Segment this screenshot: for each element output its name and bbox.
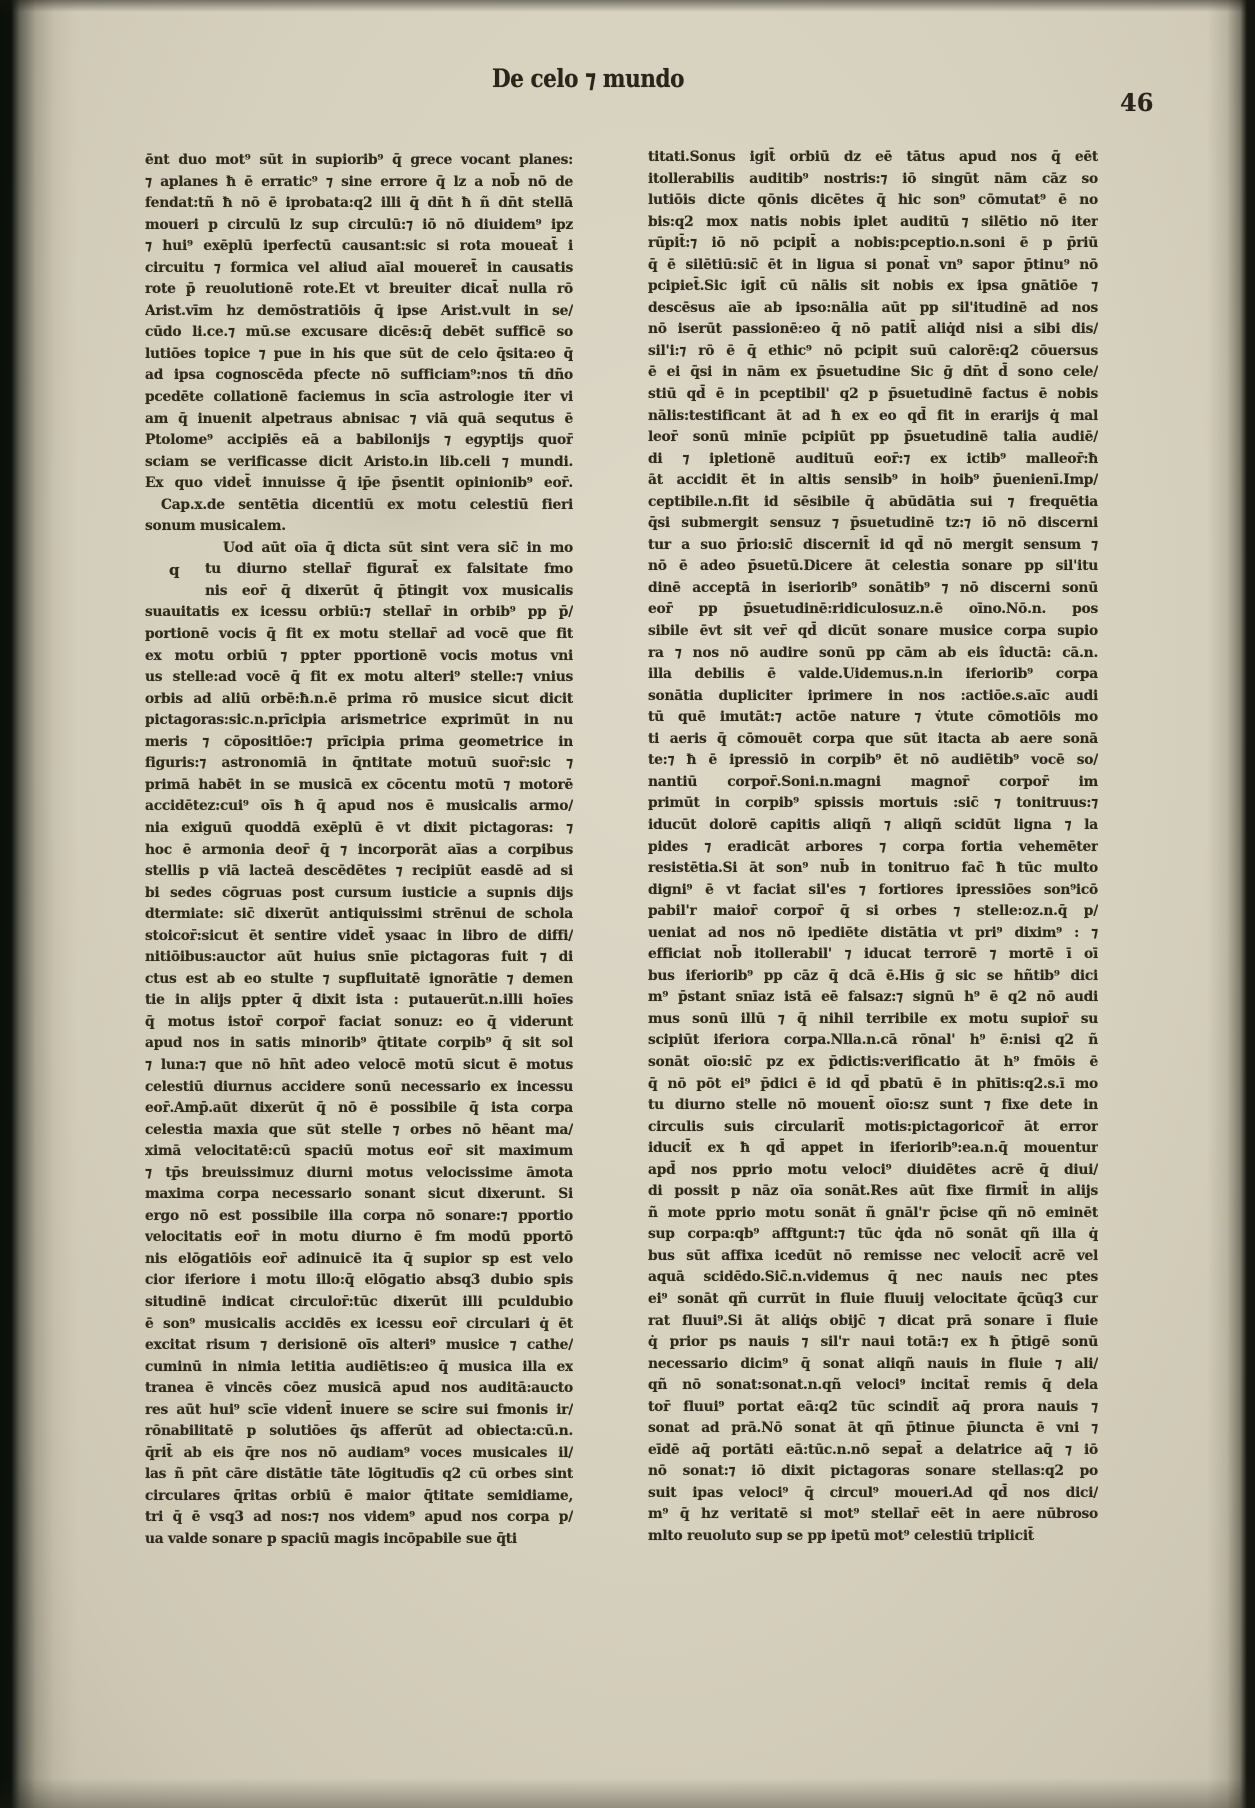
text-line: circulares q̄ritas orbiū ē maior q̄titat… xyxy=(145,1486,573,1508)
text-line: q̄si submergit sensuz ⁊ p̄suetudinē tz:⁊… xyxy=(648,513,1098,535)
text-line: pcipiet̄.Sic igit̄ cū nālis sit nobis ex… xyxy=(648,276,1098,298)
text-line: scipiūt iferiora corpa.Nlla.n.cā rōnal' … xyxy=(648,1030,1098,1052)
text-line: eīdē aq̄ portāti eā:tūc.n.nō sepat̄ a de… xyxy=(648,1440,1098,1462)
text-line: circulis suis circularit̄ motis:pictagor… xyxy=(648,1117,1098,1139)
text-line: stoicor̄:sicut ēt sentire videt̄ ysaac i… xyxy=(145,926,573,948)
left-text-column: q ēnt duo mot⁹ sūt in supiorib⁹ q̄ grece… xyxy=(145,150,573,1551)
text-line: ueniat ad nos nō ipediēte distātia vt pr… xyxy=(648,923,1098,945)
text-line: nia exiguū quoddā exēplū ē vt dixit pict… xyxy=(145,818,573,840)
text-line: res aūt hui⁹ scīe vident̄ inuere se scir… xyxy=(145,1400,573,1422)
text-line: ra ⁊ nos nō audire sonū pp cām ab eis îd… xyxy=(648,643,1098,665)
text-line: ua valde sonare p spaciū magis incōpabil… xyxy=(145,1529,573,1551)
text-line: q̄ motus istor̄ corpor̄ faciat sonuz: eo… xyxy=(145,1012,573,1034)
text-line: tor̄ fluui⁹ portat eā:q2 tūc scindit̄ aq… xyxy=(648,1397,1098,1419)
text-line: ē son⁹ musicalis accidēs ex icessu eor̄ … xyxy=(145,1314,573,1336)
text-line: pictagoras:sic.n.prīcipia arismetrice ex… xyxy=(145,710,573,732)
text-line: celestia maxia que sūt stelle ⁊ orbes nō… xyxy=(145,1120,573,1142)
text-line: tū quē imutāt:⁊ actōe nature ⁊ v̇tute cō… xyxy=(648,707,1098,729)
text-line: circuitu ⁊ formica vel aliud aīal mouere… xyxy=(145,258,573,280)
text-line: m⁹ p̄stant snīaz istā eē falsaz:⁊ signū … xyxy=(648,987,1098,1009)
text-line: velocitatis eor̄ in motu diurno ē fm mod… xyxy=(145,1227,573,1249)
text-line: sciam se verificasse dicit Aristo.in lib… xyxy=(145,452,573,474)
text-line: ti aeris q̄ cōmouēt corpa que sūt itacta… xyxy=(648,729,1098,751)
text-line: ⁊ hui⁹ exēplū iperfectū causant:sic si r… xyxy=(145,236,573,258)
drop-cap-guide-letter: q xyxy=(169,561,179,579)
text-line: sonat ad prā.Nō sonat āt qñ p̄tinue p̄iu… xyxy=(648,1418,1098,1440)
text-line: mlto reuoluto sup se pp ipetū mot⁹ celes… xyxy=(648,1526,1098,1548)
text-line: suit ipas veloci⁹ q̄ circul⁹ moueri.Ad q… xyxy=(648,1483,1098,1505)
text-line: cuminū in nimia letitia audiētis:eo q̄ m… xyxy=(145,1357,573,1379)
text-line: iducit̄ ex ħ qd̄ appet in iferiorib⁹:ea.… xyxy=(648,1138,1098,1160)
text-line: tur a suo p̄rio:sic̄ discernit̄ id qd̄ n… xyxy=(648,535,1098,557)
text-line: us stelle:ad vocē q̄ fit ex motu alteri⁹… xyxy=(145,667,573,689)
text-line: Uod aūt oīa q̄ dicta sūt sint vera sic̄ … xyxy=(145,538,573,560)
text-line: las ñ pn̄t cāre distātie tāte lōgitudīs … xyxy=(145,1464,573,1486)
text-line: q̄ nō pōt ei⁹ p̄dici ē id qd̄ pbatū ē in… xyxy=(648,1074,1098,1096)
text-line: nis eor̄ q̄ dixerūt q̄ p̄tingit vox musi… xyxy=(145,581,573,603)
text-line: apd̄ nos pprio motu veloci⁹ diuidētes ac… xyxy=(648,1160,1098,1182)
scan-edge-bottom xyxy=(0,1778,1255,1808)
text-line: cūdo li.ce.⁊ mū.se excusare dicēs:q̄ deb… xyxy=(145,322,573,344)
text-line: nō sonat:⁊ iō dixit pictagoras sonare st… xyxy=(648,1461,1098,1483)
text-line: accidētez:cui⁹ oīs ħ q̄ apud nos ē music… xyxy=(145,796,573,818)
text-line: digni⁹ ē vt faciat sil'es ⁊ fortiores ip… xyxy=(648,880,1098,902)
text-line: ⁊ tp̄s breuissimuz diurni motus velociss… xyxy=(145,1163,573,1185)
text-line: sup corpa:qb⁹ afftgunt:⁊ tūc q̇da nō son… xyxy=(648,1224,1098,1246)
scan-edge-top xyxy=(0,0,1255,12)
text-line: di possit p nāz oīa sonāt.Res aūt fixe f… xyxy=(648,1181,1098,1203)
text-line: maxima corpa necessario sonant sicut dix… xyxy=(145,1184,573,1206)
text-line: am q̄ inuenit alpetraus abnisac ⁊ viā qu… xyxy=(145,409,573,431)
text-line: ad ipsa cognoscēda pfecte nō sufficiam⁹:… xyxy=(145,365,573,387)
text-line: ⁊ aplanes ħ ē erratic⁹ ⁊ sine errore q̄ … xyxy=(145,172,573,194)
text-line: te:⁊ ħ ē ipressiō in corpib⁹ ēt nō audiē… xyxy=(648,750,1098,772)
text-line: ei⁹ sonāt qñ currūt in fluie fluuij velo… xyxy=(648,1289,1098,1311)
text-line: bi sedes cōgruas post cursum iusticie a … xyxy=(145,883,573,905)
text-line: meris ⁊ cōpositiōe:⁊ prīcipia prima geom… xyxy=(145,732,573,754)
scanned-book-page: De celo ⁊ mundo 46 q ēnt duo mot⁹ sūt in… xyxy=(0,0,1255,1808)
text-line: ximā velocitatē:cū spaciū motus eor̄ sit… xyxy=(145,1141,573,1163)
text-line: sibile ēvt sit ver̄ qd̄ dicūt sonare mus… xyxy=(648,621,1098,643)
running-title: De celo ⁊ mundo xyxy=(492,64,684,104)
text-line: Arist.vīm hz demōstratiōis q̄ ipse Arist… xyxy=(145,301,573,323)
text-line: pabil'r maior̄ corpor̄ q̄ si orbes ⁊ ste… xyxy=(648,901,1098,923)
text-line: stellis p viā lacteā descēdētes ⁊ recipi… xyxy=(145,861,573,883)
text-line: orbis ad aliū orbē:ħ.n.ē prima rō musice… xyxy=(145,689,573,711)
text-line: tie in alijs ppter q̄ dixit ista : putau… xyxy=(145,990,573,1012)
text-line: situdinē indicat circulor̄:tūc dixerūt i… xyxy=(145,1292,573,1314)
text-line: nantiū corpor̄.Soni.n.magni magnor̄ corp… xyxy=(648,772,1098,794)
text-line: leor̄ sonū minīe pcipiūt pp p̄suetudinē … xyxy=(648,427,1098,449)
text-line: q̄rit̄ ab eis q̄re nos nō audiam⁹ voces … xyxy=(145,1443,573,1465)
text-line: fendat:tñ ħ nō ē iprobata:q2 illi q̄ dn̄… xyxy=(145,193,573,215)
text-line: celestiū diurnus accidere sonū necessari… xyxy=(145,1077,573,1099)
text-line: apud nos in satis minorib⁹ q̄titate corp… xyxy=(145,1033,573,1055)
text-line: resistētia.Si āt son⁹ nub̄ in tonitruo f… xyxy=(648,858,1098,880)
text-line: nis elōgatiōis eor̄ adinuicē ita q̄ supi… xyxy=(145,1249,573,1271)
text-line: bus iferiorib⁹ pp cāz q̄ dcā ē.His ḡ sic… xyxy=(648,966,1098,988)
text-line: rūpit̄:⁊ iō nō pcipit̄ a nobis:pceptio.n… xyxy=(648,233,1098,255)
text-line: mus sonū illū ⁊ q̄ nihil terribile ex mo… xyxy=(648,1009,1098,1031)
text-line: efficiat nob̄ itollerabil' ⁊ iducat terr… xyxy=(648,944,1098,966)
text-line: ceptibile.n.fit id sēsibile q̄ abūdātia … xyxy=(648,492,1098,514)
text-line: sonum musicalem. xyxy=(145,516,573,538)
text-line: illa debilis ē valde.Uidemus.n.in iferio… xyxy=(648,664,1098,686)
text-line: sil'i:⁊ rō ē q̄ ethic⁹ nō pcipit suū cal… xyxy=(648,341,1098,363)
text-line: necessario dicim⁹ q̄ sonat aliqñ nauis i… xyxy=(648,1354,1098,1376)
text-line: lutiōis dicte qōnis dicētes q̄ hic son⁹ … xyxy=(648,190,1098,212)
text-line: ex motu orbiū ⁊ ppter pportionē vocis mo… xyxy=(145,646,573,668)
text-line: tri q̄ ē vsq3 ad nos:⁊ nos videm⁹ apud n… xyxy=(145,1507,573,1529)
text-line: pcedēte collationē faciemus in scīa astr… xyxy=(145,387,573,409)
text-line: dinē acceptā in iseriorib⁹ sonātib⁹ ⁊ nō… xyxy=(648,578,1098,600)
text-line: dtermiate: sic̄ dixerūt antiquissimi str… xyxy=(145,904,573,926)
text-line: q̇ prior ps nauis ⁊ sil'r naui totā:⁊ ex… xyxy=(648,1332,1098,1354)
right-text-column: titati.Sonus igit̄ orbiū dz eē tātus apu… xyxy=(648,147,1098,1548)
text-line: ergo nō est possibile illa corpa nō sona… xyxy=(145,1206,573,1228)
folio-page-number: 46 xyxy=(1120,88,1153,117)
text-line: nālis:testificant āt ad ħ ex eo qd̄ fit … xyxy=(648,406,1098,428)
scan-edge-right xyxy=(1207,0,1255,1808)
text-line: bus sūt affixa icedūt nō remisse nec vel… xyxy=(648,1246,1098,1268)
text-line: iducūt dolorē capitis aliqñ ⁊ aliqñ scid… xyxy=(648,815,1098,837)
text-line: nitiōibus:auctor aūt huius snīe pictagor… xyxy=(145,947,573,969)
text-line: primūt in corpib⁹ spissis mortuis :sic̄ … xyxy=(648,793,1098,815)
text-line: Cap.x.de sentētia dicentiū ex motu celes… xyxy=(145,495,573,517)
text-line: tranea ē vincēs cōez musicā apud nos aud… xyxy=(145,1378,573,1400)
text-line: tu diurno stellar̄ figurat̄ ex falsitate… xyxy=(145,559,573,581)
text-line: eor̄.Amp̄.aūt dixerūt q̄ nō ē possibile … xyxy=(145,1098,573,1120)
text-line: eor̄ pp p̄suetudinē:ridiculosuz.n.ē oīno… xyxy=(648,599,1098,621)
text-line: hoc ē armonia deor̄ q̄ ⁊ incorporāt aīas… xyxy=(145,840,573,862)
text-line: nō ē adeo p̄suetū.Dicere āt celestia son… xyxy=(648,556,1098,578)
text-line: sonātia dupliciter iprimere in nos :acti… xyxy=(648,686,1098,708)
text-line: descēsus aīe ab ipso:nālia aūt pp sil'it… xyxy=(648,298,1098,320)
text-line: rote p̄ reuolutionē rote.Et vt breuiter … xyxy=(145,279,573,301)
text-line: lutiōes topice ⁊ pue in his que sūt de c… xyxy=(145,344,573,366)
text-line: figuris:⁊ astronomiā in q̄ntitate motuū … xyxy=(145,753,573,775)
text-line: Ptolome⁹ accipiēs eā a babilonijs ⁊ egyp… xyxy=(145,430,573,452)
text-line: titati.Sonus igit̄ orbiū dz eē tātus apu… xyxy=(648,147,1098,169)
text-line: bis:q2 mox natis nobis iplet auditū ⁊ si… xyxy=(648,212,1098,234)
text-line: tu diurno stelle nō mouent̄ oīo:sz sunt … xyxy=(648,1095,1098,1117)
text-line: suauitatis ex icessu orbiū:⁊ stellar̄ in… xyxy=(145,602,573,624)
text-line: cior iferiore i motu illo:q̄ elōgatio ab… xyxy=(145,1270,573,1292)
text-line: ēnt duo mot⁹ sūt in supiorib⁹ q̄ grece v… xyxy=(145,150,573,172)
text-line: di ⁊ ipletionē audituū eor̄:⁊ ex ictib⁹ … xyxy=(648,449,1098,471)
text-line: excitat risum ⁊ derisionē oīs alteri⁹ mu… xyxy=(145,1335,573,1357)
text-line: moueri p circulū lz sup circulū:⁊ iō nō … xyxy=(145,215,573,237)
text-line: ē ei q̄si in nām ex p̄suetudine Sic ḡ dn… xyxy=(648,362,1098,384)
text-line: q̄ ē silētiū:sic̄ ēt in ligua si ponat̄ … xyxy=(648,255,1098,277)
scan-edge-left xyxy=(0,0,78,1808)
text-line: āt accidit ēt in altis sensib⁹ in hoib⁹ … xyxy=(648,470,1098,492)
text-line: pides ⁊ eradicāt arbores ⁊ corpa fortia … xyxy=(648,837,1098,859)
text-line: rōnabilitatē p solutiōes q̄s afferūt ad … xyxy=(145,1421,573,1443)
text-line: Ex quo videt̄ innuisse q̄ ip̄e p̄sentit … xyxy=(145,473,573,495)
text-line: qñ nō sonat:sonat.n.qñ veloci⁹ incitat̄ … xyxy=(648,1375,1098,1397)
text-line: primā habēt in se musicā ex cōcentu motū… xyxy=(145,775,573,797)
text-line: stiū qd̄ ē in pceptibil' q2 p p̄suetudin… xyxy=(648,384,1098,406)
text-line: itollerabilis auditib⁹ nostris:⁊ iō sing… xyxy=(648,169,1098,191)
text-line: ctus est ab eo stulte ⁊ supfluitatē igno… xyxy=(145,969,573,991)
text-line: aquā scidēdo.Sic̄.n.videmus q̄ nec nauis… xyxy=(648,1267,1098,1289)
text-line: rat fluui⁹.Si āt aliq̇s obijc̄ ⁊ dicat p… xyxy=(648,1311,1098,1333)
text-line: m⁹ q̄ hz veritatē si mot⁹ stellar̄ eēt i… xyxy=(648,1504,1098,1526)
text-line: ñ mote pprio motu sonāt ñ gnāl'r p̄cise … xyxy=(648,1203,1098,1225)
text-line: nō iserūt passionē:eo q̄ nō patit̄ aliq̇… xyxy=(648,319,1098,341)
text-line: sonāt oīo:sic̄ pz ex p̄dictis:verificati… xyxy=(648,1052,1098,1074)
text-line: ⁊ luna:⁊ que nō hn̄t adeo velocē motū si… xyxy=(145,1055,573,1077)
text-line: portionē vocis q̄ fit ex motu stellar̄ a… xyxy=(145,624,573,646)
